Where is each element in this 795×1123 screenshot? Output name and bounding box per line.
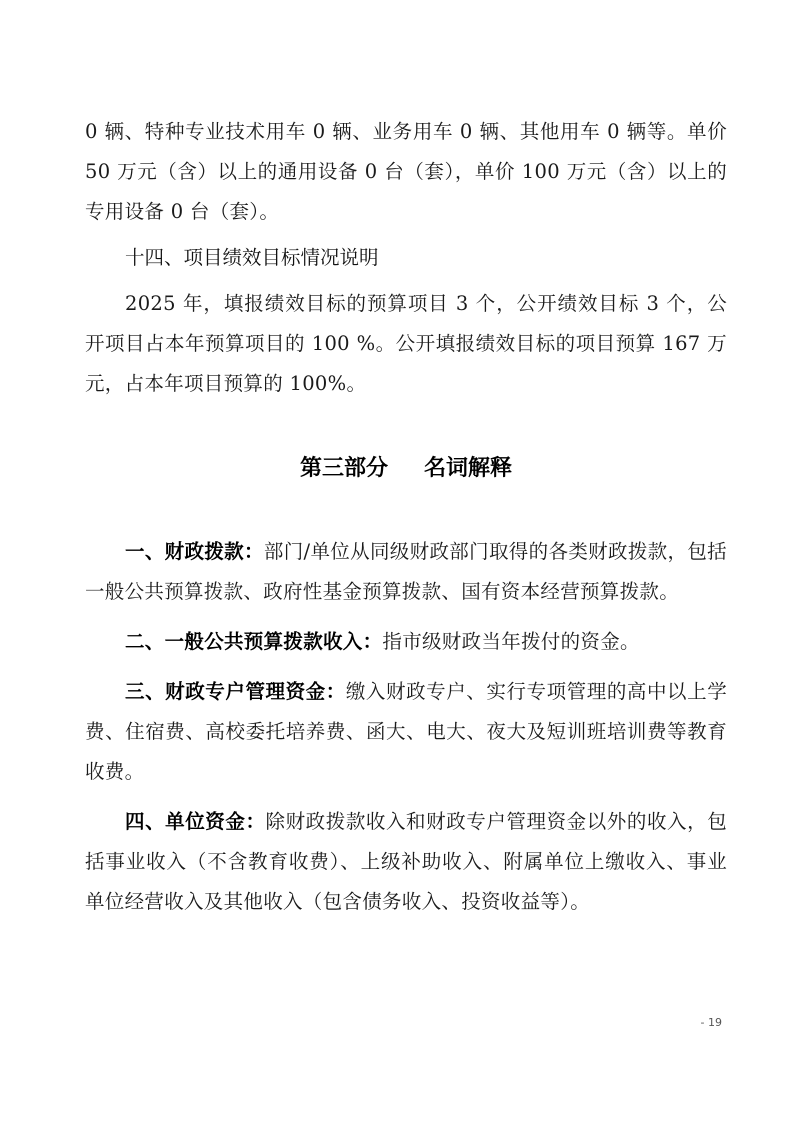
term-label: 三、财政专户管理资金： xyxy=(125,680,346,703)
term-definition-4: 四、单位资金：除财政拨款收入和财政专户管理资金以外的收入，包括事业收入（不含教育… xyxy=(85,802,727,922)
section-heading-14: 十四、项目绩效目标情况说明 xyxy=(85,238,727,278)
spacer xyxy=(85,404,727,448)
document-page: 0 辆、特种专业技术用车 0 辆、业务用车 0 辆、其他用车 0 辆等。单价 5… xyxy=(85,112,727,922)
term-label: 一、财政拨款： xyxy=(125,540,264,563)
term-label: 四、单位资金： xyxy=(125,810,266,833)
page-number: - 19 xyxy=(701,1016,722,1029)
spacer xyxy=(85,792,727,802)
term-text: 指市级财政当年拨付的资金。 xyxy=(382,630,639,653)
term-definition-1: 一、财政拨款：部门/单位从同级财政部门取得的各类财政拨款，包括一般公共预算拨款、… xyxy=(85,532,727,612)
part-number: 第三部分 xyxy=(300,455,388,481)
spacer xyxy=(85,488,727,532)
continuation-paragraph: 0 辆、特种专业技术用车 0 辆、业务用车 0 辆、其他用车 0 辆等。单价 5… xyxy=(85,112,727,232)
spacer xyxy=(85,612,727,622)
spacer xyxy=(85,662,727,672)
section-14-paragraph: 2025 年，填报绩效目标的预算项目 3 个，公开绩效目标 3 个，公开项目占本… xyxy=(85,284,727,404)
part-name: 名词解释 xyxy=(424,455,512,481)
term-label: 二、一般公共预算拨款收入： xyxy=(125,630,382,653)
term-definition-2: 二、一般公共预算拨款收入：指市级财政当年拨付的资金。 xyxy=(85,622,727,662)
term-definition-3: 三、财政专户管理资金：缴入财政专户、实行专项管理的高中以上学费、住宿费、高校委托… xyxy=(85,672,727,792)
part-title: 第三部分名词解释 xyxy=(85,448,727,488)
